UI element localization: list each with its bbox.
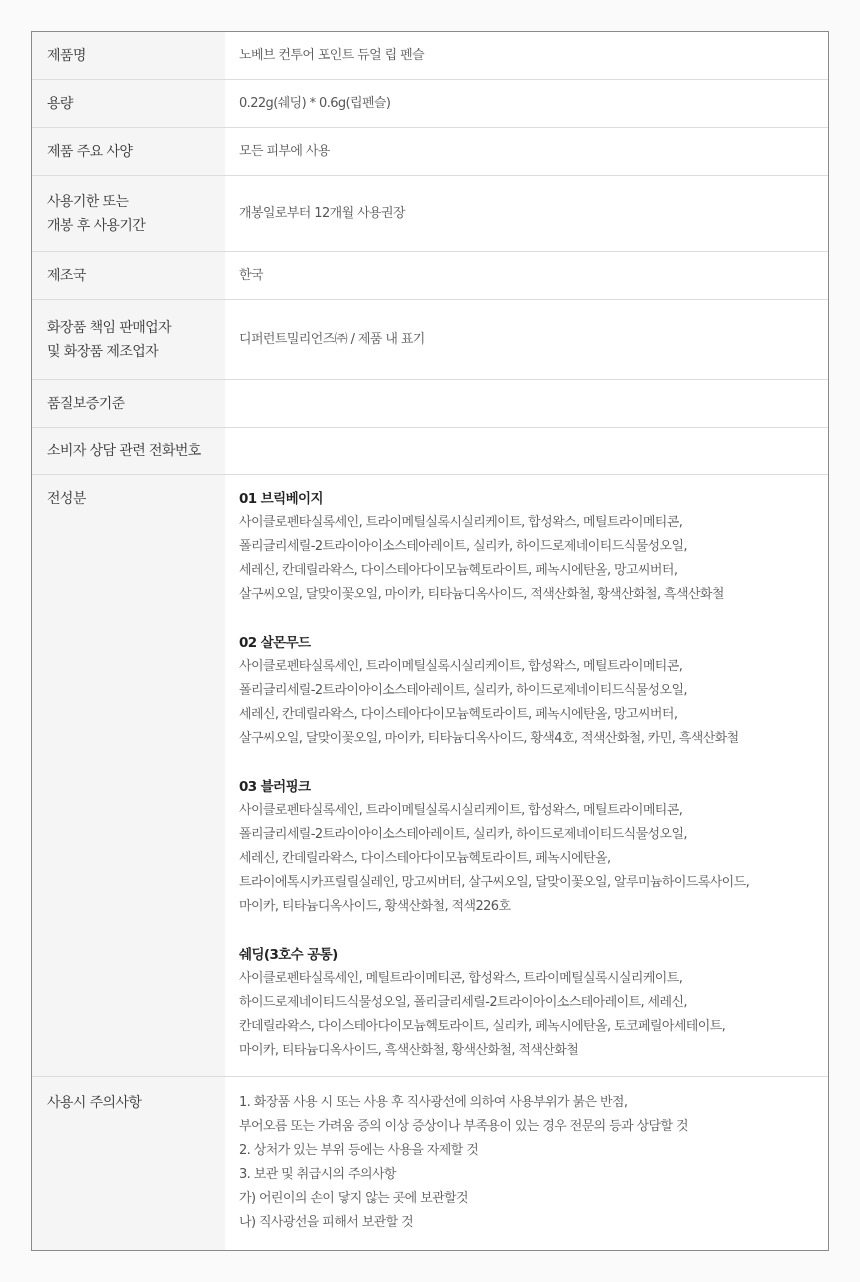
ingredient-line: 사이클로펜타실록세인, 트라이메틸실록시실리케이트, 합성왁스, 메틸트라이메티… xyxy=(239,799,749,823)
value-ingredients: 01 브릭베이지 사이클로펜타실록세인, 트라이메틸실록시실리케이트, 합성왁스… xyxy=(225,475,828,1076)
label-product-name: 제품명 xyxy=(32,32,225,79)
ingredient-line: 폴리글리세릴-2트라이아이소스테아레이트, 실리카, 하이드로제네이티드식물성오… xyxy=(239,679,739,703)
row-consumer-phone: 소비자 상담 관련 전화번호 xyxy=(32,427,828,474)
label-expiry: 사용기한 또는 개봉 후 사용기간 xyxy=(32,176,225,251)
label-manufacturer-line-2: 및 화장품 제조업자 xyxy=(47,340,158,364)
ingredient-line: 마이카, 티타늄디옥사이드, 황색산화철, 적색226호 xyxy=(239,895,749,919)
row-expiry: 사용기한 또는 개봉 후 사용기간 개봉일로부터 12개월 사용권장 xyxy=(32,175,828,251)
ingredient-group-blur-pink: 03 블러핑크 사이클로펜타실록세인, 트라이메틸실록시실리케이트, 합성왁스,… xyxy=(239,775,749,919)
row-main-spec: 제품 주요 사양 모든 피부에 사용 xyxy=(32,127,828,175)
row-cautions: 사용시 주의사항 1. 화장품 사용 시 또는 사용 후 직사광선에 의하여 사… xyxy=(32,1076,828,1250)
ingredient-line: 살구씨오일, 달맞이꽃오일, 마이카, 티타늄디옥사이드, 황색4호, 적색산화… xyxy=(239,727,739,751)
label-expiry-line-1: 사용기한 또는 xyxy=(47,190,128,214)
value-capacity: 0.22g(쉐딩) * 0.6g(립펜슬) xyxy=(225,80,828,127)
ingredient-line: 사이클로펜타실록세인, 트라이메틸실록시실리케이트, 합성왁스, 메틸트라이메티… xyxy=(239,655,739,679)
label-quality-standard: 품질보증기준 xyxy=(32,380,225,427)
caution-line: 부어오름 또는 가려움 증의 이상 증상이나 부족용이 있는 경우 전문의 등과… xyxy=(239,1115,688,1139)
ingredient-line: 폴리글리세릴-2트라이아이소스테아레이트, 실리카, 하이드로제네이티드식물성오… xyxy=(239,823,749,847)
shade-title: 01 브릭베이지 xyxy=(239,487,724,511)
label-ingredients: 전성분 xyxy=(32,475,225,1076)
label-country: 제조국 xyxy=(32,252,225,299)
ingredient-line: 폴리글리세릴-2트라이아이소스테아레이트, 실리카, 하이드로제네이티드식물성오… xyxy=(239,535,724,559)
row-country: 제조국 한국 xyxy=(32,251,828,299)
label-consumer-phone: 소비자 상담 관련 전화번호 xyxy=(32,428,225,474)
shade-title: 03 블러핑크 xyxy=(239,775,749,799)
ingredient-line: 트라이에톡시카프릴릴실레인, 망고씨버터, 살구씨오일, 달맞이꽃오일, 알루미… xyxy=(239,871,749,895)
value-quality-standard xyxy=(225,380,828,427)
label-manufacturer-line-1: 화장품 책임 판매업자 xyxy=(47,316,171,340)
ingredient-line: 사이클로펜타실록세인, 메틸트라이메티콘, 합성왁스, 트라이메틸실록시실리케이… xyxy=(239,967,725,991)
value-cautions: 1. 화장품 사용 시 또는 사용 후 직사광선에 의하여 사용부위가 붉은 반… xyxy=(225,1077,828,1250)
ingredient-group-shading: 쉐딩(3호수 공통) 사이클로펜타실록세인, 메틸트라이메티콘, 합성왁스, 트… xyxy=(239,943,725,1063)
ingredient-line: 살구씨오일, 달맞이꽃오일, 마이카, 티타늄디옥사이드, 적색산화철, 황색산… xyxy=(239,583,724,607)
row-product-name: 제품명 노베브 컨투어 포인트 듀얼 립 펜슬 xyxy=(32,32,828,79)
row-manufacturer: 화장품 책임 판매업자 및 화장품 제조업자 디퍼런트밀리언즈㈜ / 제품 내 … xyxy=(32,299,828,379)
value-consumer-phone xyxy=(225,428,828,474)
value-country: 한국 xyxy=(225,252,828,299)
ingredient-line: 마이카, 티타늄디옥사이드, 흑색산화철, 황색산화철, 적색산화철 xyxy=(239,1039,725,1063)
label-manufacturer: 화장품 책임 판매업자 및 화장품 제조업자 xyxy=(32,300,225,379)
ingredient-line: 하이드로제네이티드식물성오일, 폴리글리세릴-2트라이아이소스테아레이트, 세레… xyxy=(239,991,725,1015)
ingredient-line: 세레신, 칸데릴라왁스, 다이스테아다이모늄헥토라이트, 페녹시에탄올, 망고씨… xyxy=(239,703,739,727)
caution-line: 3. 보관 및 취급시의 주의사항 xyxy=(239,1163,396,1187)
shade-title: 02 살몬무드 xyxy=(239,631,739,655)
caution-line: 가) 어린이의 손이 닿지 않는 곳에 보관할것 xyxy=(239,1187,468,1211)
label-cautions: 사용시 주의사항 xyxy=(32,1077,225,1250)
label-capacity: 용량 xyxy=(32,80,225,127)
label-main-spec: 제품 주요 사양 xyxy=(32,128,225,175)
ingredient-line: 칸데릴라왁스, 다이스테아다이모늄헥토라이트, 실리카, 페녹시에탄올, 토코페… xyxy=(239,1015,725,1039)
caution-line: 2. 상처가 있는 부위 등에는 사용을 자제할 것 xyxy=(239,1139,478,1163)
ingredient-group-brick-beige: 01 브릭베이지 사이클로펜타실록세인, 트라이메틸실록시실리케이트, 합성왁스… xyxy=(239,487,724,607)
shade-title: 쉐딩(3호수 공통) xyxy=(239,943,725,967)
caution-line: 나) 직사광선을 피해서 보관할 것 xyxy=(239,1211,413,1235)
value-product-name: 노베브 컨투어 포인트 듀얼 립 펜슬 xyxy=(225,32,828,79)
row-quality-standard: 품질보증기준 xyxy=(32,379,828,427)
row-capacity: 용량 0.22g(쉐딩) * 0.6g(립펜슬) xyxy=(32,79,828,127)
value-expiry: 개봉일로부터 12개월 사용권장 xyxy=(225,176,828,251)
label-expiry-line-2: 개봉 후 사용기간 xyxy=(47,214,145,238)
ingredient-line: 세레신, 칸데릴라왁스, 다이스테아다이모늄헥토라이트, 페녹시에탄올, xyxy=(239,847,749,871)
value-manufacturer: 디퍼런트밀리언즈㈜ / 제품 내 표기 xyxy=(225,300,828,379)
ingredient-line: 세레신, 칸데릴라왁스, 다이스테아다이모늄헥토라이트, 페녹시에탄올, 망고씨… xyxy=(239,559,724,583)
ingredient-group-salmon-mood: 02 살몬무드 사이클로펜타실록세인, 트라이메틸실록시실리케이트, 합성왁스,… xyxy=(239,631,739,751)
product-info-table: 제품명 노베브 컨투어 포인트 듀얼 립 펜슬 용량 0.22g(쉐딩) * 0… xyxy=(31,31,829,1251)
row-ingredients: 전성분 01 브릭베이지 사이클로펜타실록세인, 트라이메틸실록시실리케이트, … xyxy=(32,474,828,1076)
value-main-spec: 모든 피부에 사용 xyxy=(225,128,828,175)
caution-line: 1. 화장품 사용 시 또는 사용 후 직사광선에 의하여 사용부위가 붉은 반… xyxy=(239,1091,627,1115)
ingredient-line: 사이클로펜타실록세인, 트라이메틸실록시실리케이트, 합성왁스, 메틸트라이메티… xyxy=(239,511,724,535)
